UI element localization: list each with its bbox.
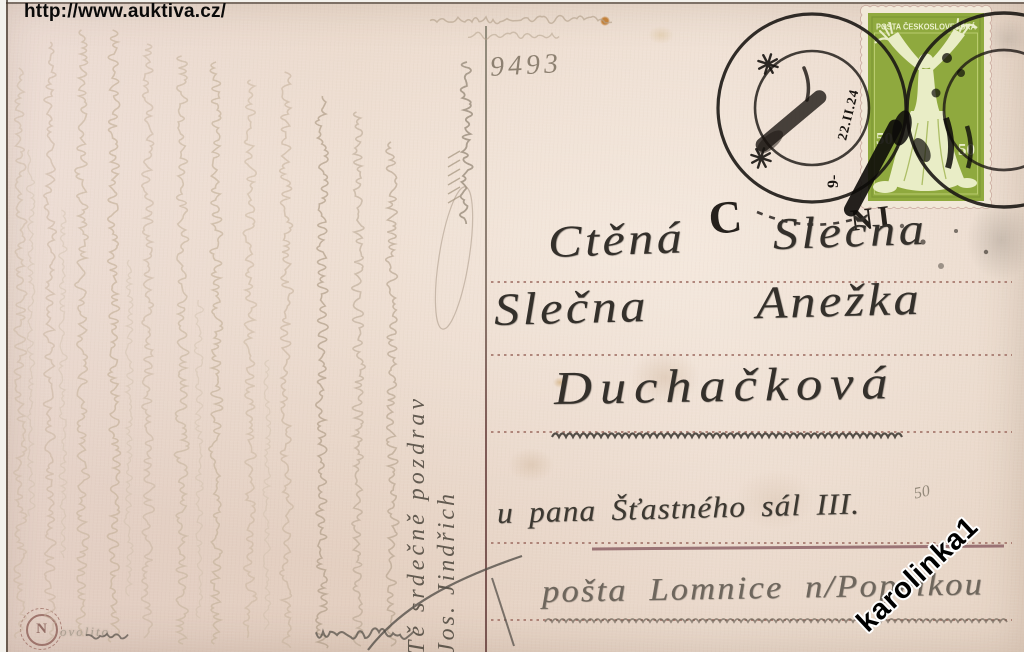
message-signature-name: Jos. Jindřich <box>434 491 461 652</box>
faint-pencil-number: 50 <box>912 483 931 504</box>
address-dotted-line <box>491 619 1012 621</box>
publisher-imprint: ovolito <box>60 624 110 640</box>
pinhole-spot <box>600 16 610 26</box>
address-line-2: Slečna Anežka <box>493 272 922 336</box>
stain <box>985 18 1024 60</box>
address-dotted-line <box>491 354 1012 356</box>
stain <box>508 448 554 482</box>
message-signature-greeting: Tě srdečně pozdrav <box>404 395 431 652</box>
card-divider-rule <box>485 26 487 652</box>
pencil-number: 9493 <box>489 48 563 84</box>
publisher-monogram: N <box>26 614 58 646</box>
stain <box>648 26 674 44</box>
address-dotted-line <box>491 431 1012 433</box>
address-line-3: Duchačková <box>554 356 896 416</box>
card-edge-left <box>6 0 8 652</box>
auktiva-watermark: http://www.auktiva.cz/ <box>24 1 226 23</box>
postcard-scan: POŠTA ČESKOSLOVENSKÁ 50 50 9- C NI 22.II… <box>0 0 1024 652</box>
publisher-emblem: N <box>20 608 62 650</box>
